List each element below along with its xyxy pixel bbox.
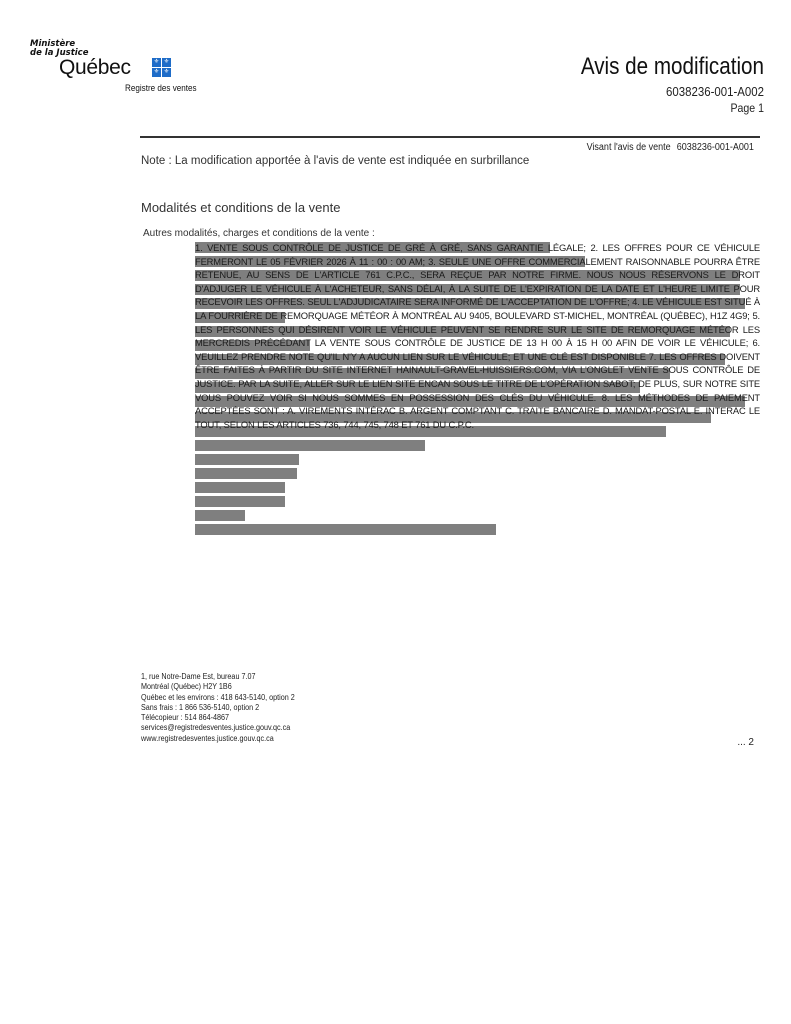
highlight-bar xyxy=(195,524,496,535)
highlight-bar xyxy=(195,496,285,507)
highlight-layer xyxy=(0,0,791,1024)
highlight-bar xyxy=(195,510,245,521)
highlight-bar xyxy=(195,482,285,493)
highlight-bar xyxy=(195,468,297,479)
highlight-bar xyxy=(195,454,299,465)
highlight-bar xyxy=(195,440,425,451)
sale-conditions-text: 1. VENTE SOUS CONTRÔLE DE JUSTICE DE GRÉ… xyxy=(195,241,760,431)
